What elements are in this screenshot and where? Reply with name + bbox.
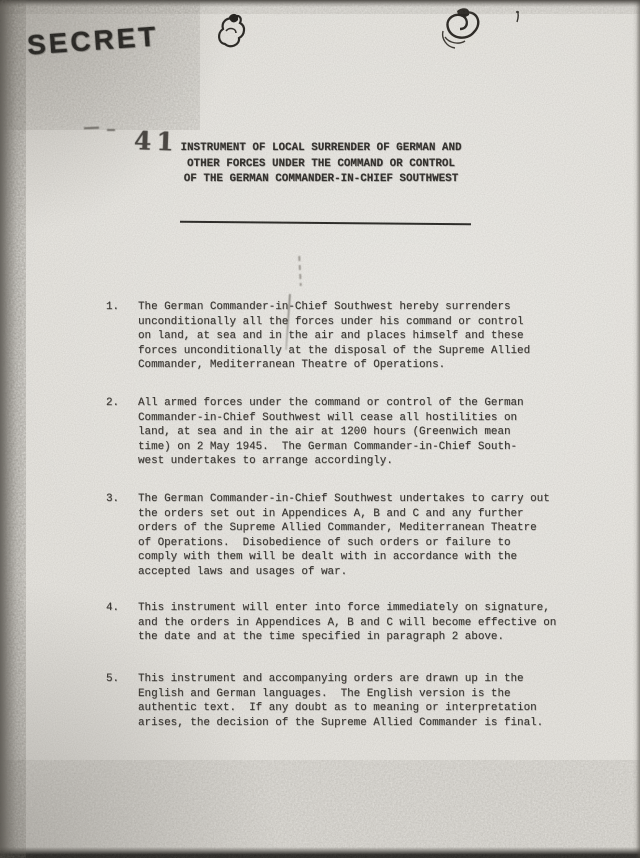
pencil-dash-mark [84, 127, 99, 130]
pencil-dash-mark [107, 129, 115, 131]
ink-smudge-icon [433, 3, 491, 61]
paragraph-text: All armed forces under the command or co… [138, 396, 583, 469]
paragraph-number: 5. [100, 672, 138, 730]
document-title: INSTRUMENT OF LOCAL SURRENDER OF GERMAN … [155, 141, 487, 188]
scan-edge-left [0, 0, 17, 858]
title-line: INSTRUMENT OF LOCAL SURRENDER OF GERMAN … [155, 141, 487, 157]
paragraph-number: 2. [100, 396, 138, 469]
paragraph-text: This instrument will enter into force im… [138, 601, 583, 645]
scan-edge-bottom [0, 847, 640, 858]
scan-edge-right [635, 0, 640, 858]
paragraph-text: The German Commander-in-Chief Southwest … [138, 492, 583, 580]
ink-blot-icon [213, 11, 255, 59]
title-underline [180, 221, 471, 226]
scanned-document-page: SECRET 41 INSTRUMENT OF LOCAL SURRENDER … [0, 0, 640, 858]
paragraph-3: 3. The German Commander-in-Chief Southwe… [100, 492, 583, 580]
paragraph-2: 2. All armed forces under the command or… [100, 396, 583, 469]
paragraph-4: 4. This instrument will enter into force… [100, 601, 583, 645]
title-line: OTHER FORCES UNDER THE COMMAND OR CONTRO… [155, 157, 487, 173]
title-line: OF THE GERMAN COMMANDER-IN-CHIEF SOUTHWE… [155, 172, 487, 188]
paragraph-number: 4. [100, 601, 138, 645]
secret-stamp: SECRET [26, 20, 159, 61]
paragraph-number: 3. [100, 492, 138, 580]
paragraph-text: The German Commander-in-Chief Southwest … [138, 300, 583, 373]
pen-tick-icon [513, 10, 523, 24]
paragraph-1: 1. The German Commander-in-Chief Southwe… [100, 300, 583, 373]
scratch-mark [298, 256, 302, 286]
scan-edge-top [0, 0, 640, 7]
paragraph-text: This instrument and accompanying orders … [138, 672, 583, 730]
paragraph-5: 5. This instrument and accompanying orde… [100, 672, 583, 730]
paragraph-number: 1. [100, 300, 138, 373]
